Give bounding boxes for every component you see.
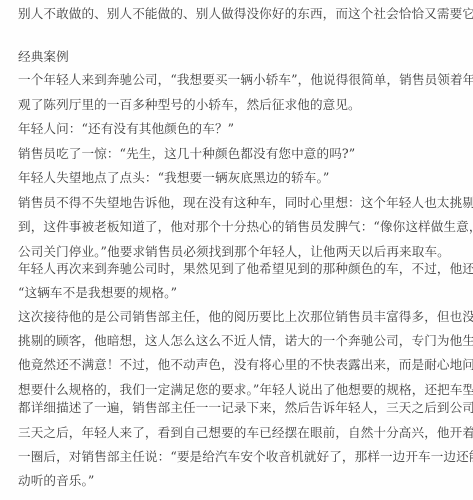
paragraph-line: 他竟然还不满意！不过，他不动声色，没有将心里的不快表露出来，而是耐心地问：“先生 bbox=[18, 357, 473, 373]
paragraph-line: 到，这件事被老板知道了，他对那个十分热心的销售员发脾气：“像你这样做生意，只会让 bbox=[18, 219, 473, 235]
paragraph-line: 销售员吃了一惊：“先生，这几十种颜色都没有您中意的吗?” bbox=[18, 146, 355, 162]
paragraph-line: 公司关门停业。”他要求销售员必须找到那个年轻人，让他两天以后再来取车。 bbox=[18, 244, 450, 260]
paragraph-line: 挑剔的顾客，他暗想，这人怎么这么不近人情，诺大的一个奔驰公司，专门为他生产一辆车… bbox=[18, 333, 473, 349]
paragraph-line: 想要什么规格的，我们一定满足您的要求。”年轻人说出了他想要的规格，还把车型、式样 bbox=[18, 382, 473, 398]
paragraph-line: 一圈后，对销售部主任说：“要是给汽车安个收音机就好了，那样一边开车一边还能欣赏到 bbox=[18, 449, 473, 465]
paragraph-line: 年轻人再次来到奔驰公司时，果然见到了他希望见到的那种颜色的车，不过，他还是不满意… bbox=[18, 261, 473, 277]
paragraph-line: 这次接待他的是公司销售部主任，他的阅历要比上次那位销售员丰富得多，但也没见过如此 bbox=[18, 309, 473, 325]
section-heading: 经典案例 bbox=[18, 49, 69, 65]
paragraph-line: 年轻人问：“还有没有其他颜色的车？” bbox=[18, 121, 234, 137]
paragraph-line: 动听的音乐。” bbox=[18, 473, 94, 489]
paragraph-line: 都详细描述了一遍，销售部主任一一记录下来，然后告诉年轻人，三天之后到公司取车。 bbox=[18, 400, 473, 416]
paragraph-line: 三天之后，年轻人来了，看到自己想要的车已经摆在眼前，自然十分高兴，他开着车试跑了 bbox=[18, 425, 473, 441]
document-page: 别人不敢做的、别人不能做的、别人做得没你好的东西，而这个社会恰恰又需要它。 经典… bbox=[0, 0, 473, 500]
intro-paragraph-line: 别人不敢做的、别人不能做的、别人做得没你好的东西，而这个社会恰恰又需要它。 bbox=[18, 6, 473, 22]
paragraph-line: 观了陈列厅里的一百多种型号的小轿车，然后征求他的意见。 bbox=[18, 97, 361, 113]
paragraph-line: 销售员不得不失望地告诉他，现在没有这种车，同时心里想：这个年轻人也太挑剔了！没想 bbox=[18, 195, 473, 211]
paragraph-line: 年轻人失望地点了点头：“我想要一辆灰底黑边的轿车。” bbox=[18, 170, 329, 186]
paragraph-line: “这辆车不是我想要的规格。” bbox=[18, 285, 177, 301]
paragraph-line: 一个年轻人来到奔驰公司，“我想要买一辆小轿车”，他说得很简单，销售员领着年轻人参 bbox=[18, 72, 473, 88]
